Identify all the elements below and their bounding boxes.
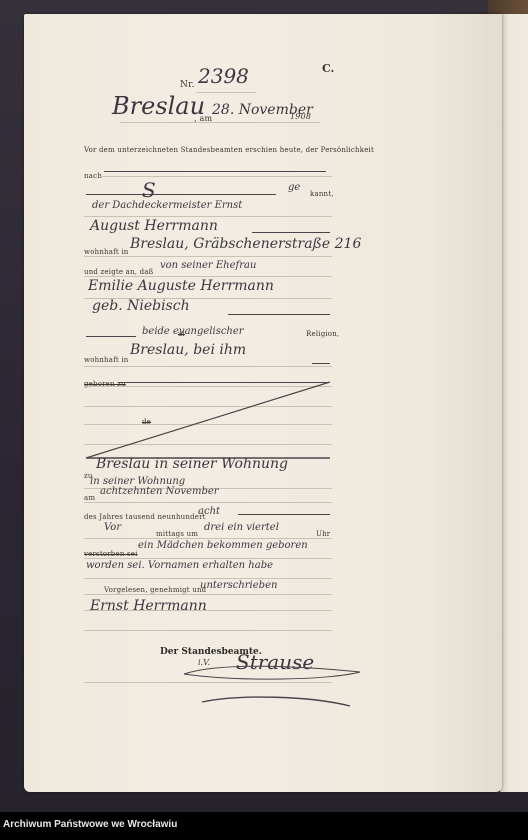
record-number: 2398 — [198, 64, 249, 88]
fill-line — [238, 514, 330, 515]
declarant-line-1: der Dachdeckermeister Ernst — [92, 200, 242, 211]
time-value: drei ein viertel — [204, 522, 279, 533]
declarant-residence: Breslau, Gräbschenerstraße 216 — [130, 236, 361, 252]
vorgelesen-label: Vorgelesen, genehmigt und — [104, 586, 206, 594]
rule — [84, 558, 332, 559]
rule — [84, 578, 332, 579]
rule — [84, 502, 332, 503]
adjacent-page-edge — [500, 14, 528, 792]
uhr-label: Uhr — [316, 530, 330, 538]
mother-name-1: Emilie Auguste Herrmann — [88, 278, 274, 294]
religion-label: Religion, — [306, 330, 339, 338]
rule — [84, 630, 332, 631]
birth-place: Breslau in seiner Wohnung — [96, 456, 288, 472]
rule — [84, 216, 332, 217]
mother-residence-label: wohnhaft in — [84, 356, 128, 364]
mother-name-2: geb. Niebisch — [92, 298, 190, 314]
signature-flourish — [180, 660, 370, 710]
rule — [84, 256, 332, 257]
rule — [84, 276, 332, 277]
rule — [84, 366, 332, 367]
birth-date: achtzehnten November — [100, 486, 219, 497]
rule — [84, 610, 332, 611]
fill-line — [312, 363, 330, 364]
kannt-strike-line — [86, 194, 276, 195]
religion-struck: al — [178, 330, 185, 338]
fill-line — [86, 336, 136, 337]
mother-intro: von seiner Ehefrau — [160, 260, 256, 271]
zeigte-label: und zeigte an, daß — [84, 268, 154, 276]
rule — [84, 538, 332, 539]
rule — [84, 594, 332, 595]
vorgelesen-value: unterschrieben — [200, 580, 277, 591]
fill-line — [252, 232, 330, 233]
year-printed: 1908 — [290, 112, 311, 121]
intro-text: Vor dem unterzeichneten Standesbeamten e… — [84, 146, 374, 154]
rule — [84, 682, 332, 683]
mittags-label: mittags um — [156, 530, 198, 538]
nach-strike-line — [104, 171, 326, 172]
place-heading: Breslau — [112, 92, 205, 120]
declarant-signature: Ernst Herrmann — [90, 598, 207, 614]
diagonal-cancel-mark — [84, 380, 334, 460]
religion-text: beide evangelischer — [142, 326, 244, 337]
kannt-prefix: S — [142, 178, 156, 202]
mother-residence: Breslau, bei ihm — [130, 342, 246, 358]
event-line-2: worden sei. Vornamen erhalten habe — [86, 560, 273, 571]
number-label: Nr. — [180, 80, 195, 90]
declarant-line-2: August Herrmann — [90, 218, 218, 234]
series-letter: C. — [322, 62, 334, 75]
am-label-2: am — [84, 494, 95, 502]
archive-name: Archiwum Państwowe we Wrocławiu — [3, 819, 177, 830]
date-rule — [120, 122, 320, 123]
kannt-suffix: ge — [288, 182, 300, 193]
year-value: acht — [198, 506, 220, 517]
event-line-1: ein Mädchen bekommen geboren — [138, 540, 308, 551]
rule — [100, 176, 332, 177]
archive-footer-bar: Archiwum Państwowe we Wrocławiu — [0, 812, 528, 840]
wohnhaft-label: wohnhaft in — [84, 248, 128, 256]
time-prefix: Vor — [104, 522, 121, 533]
fill-line — [228, 314, 330, 315]
year-label: des Jahres tausend neunhundert — [84, 513, 206, 521]
kannt-label: kannt, — [310, 190, 334, 198]
verstorben-struck: verstorben sei — [84, 550, 138, 558]
